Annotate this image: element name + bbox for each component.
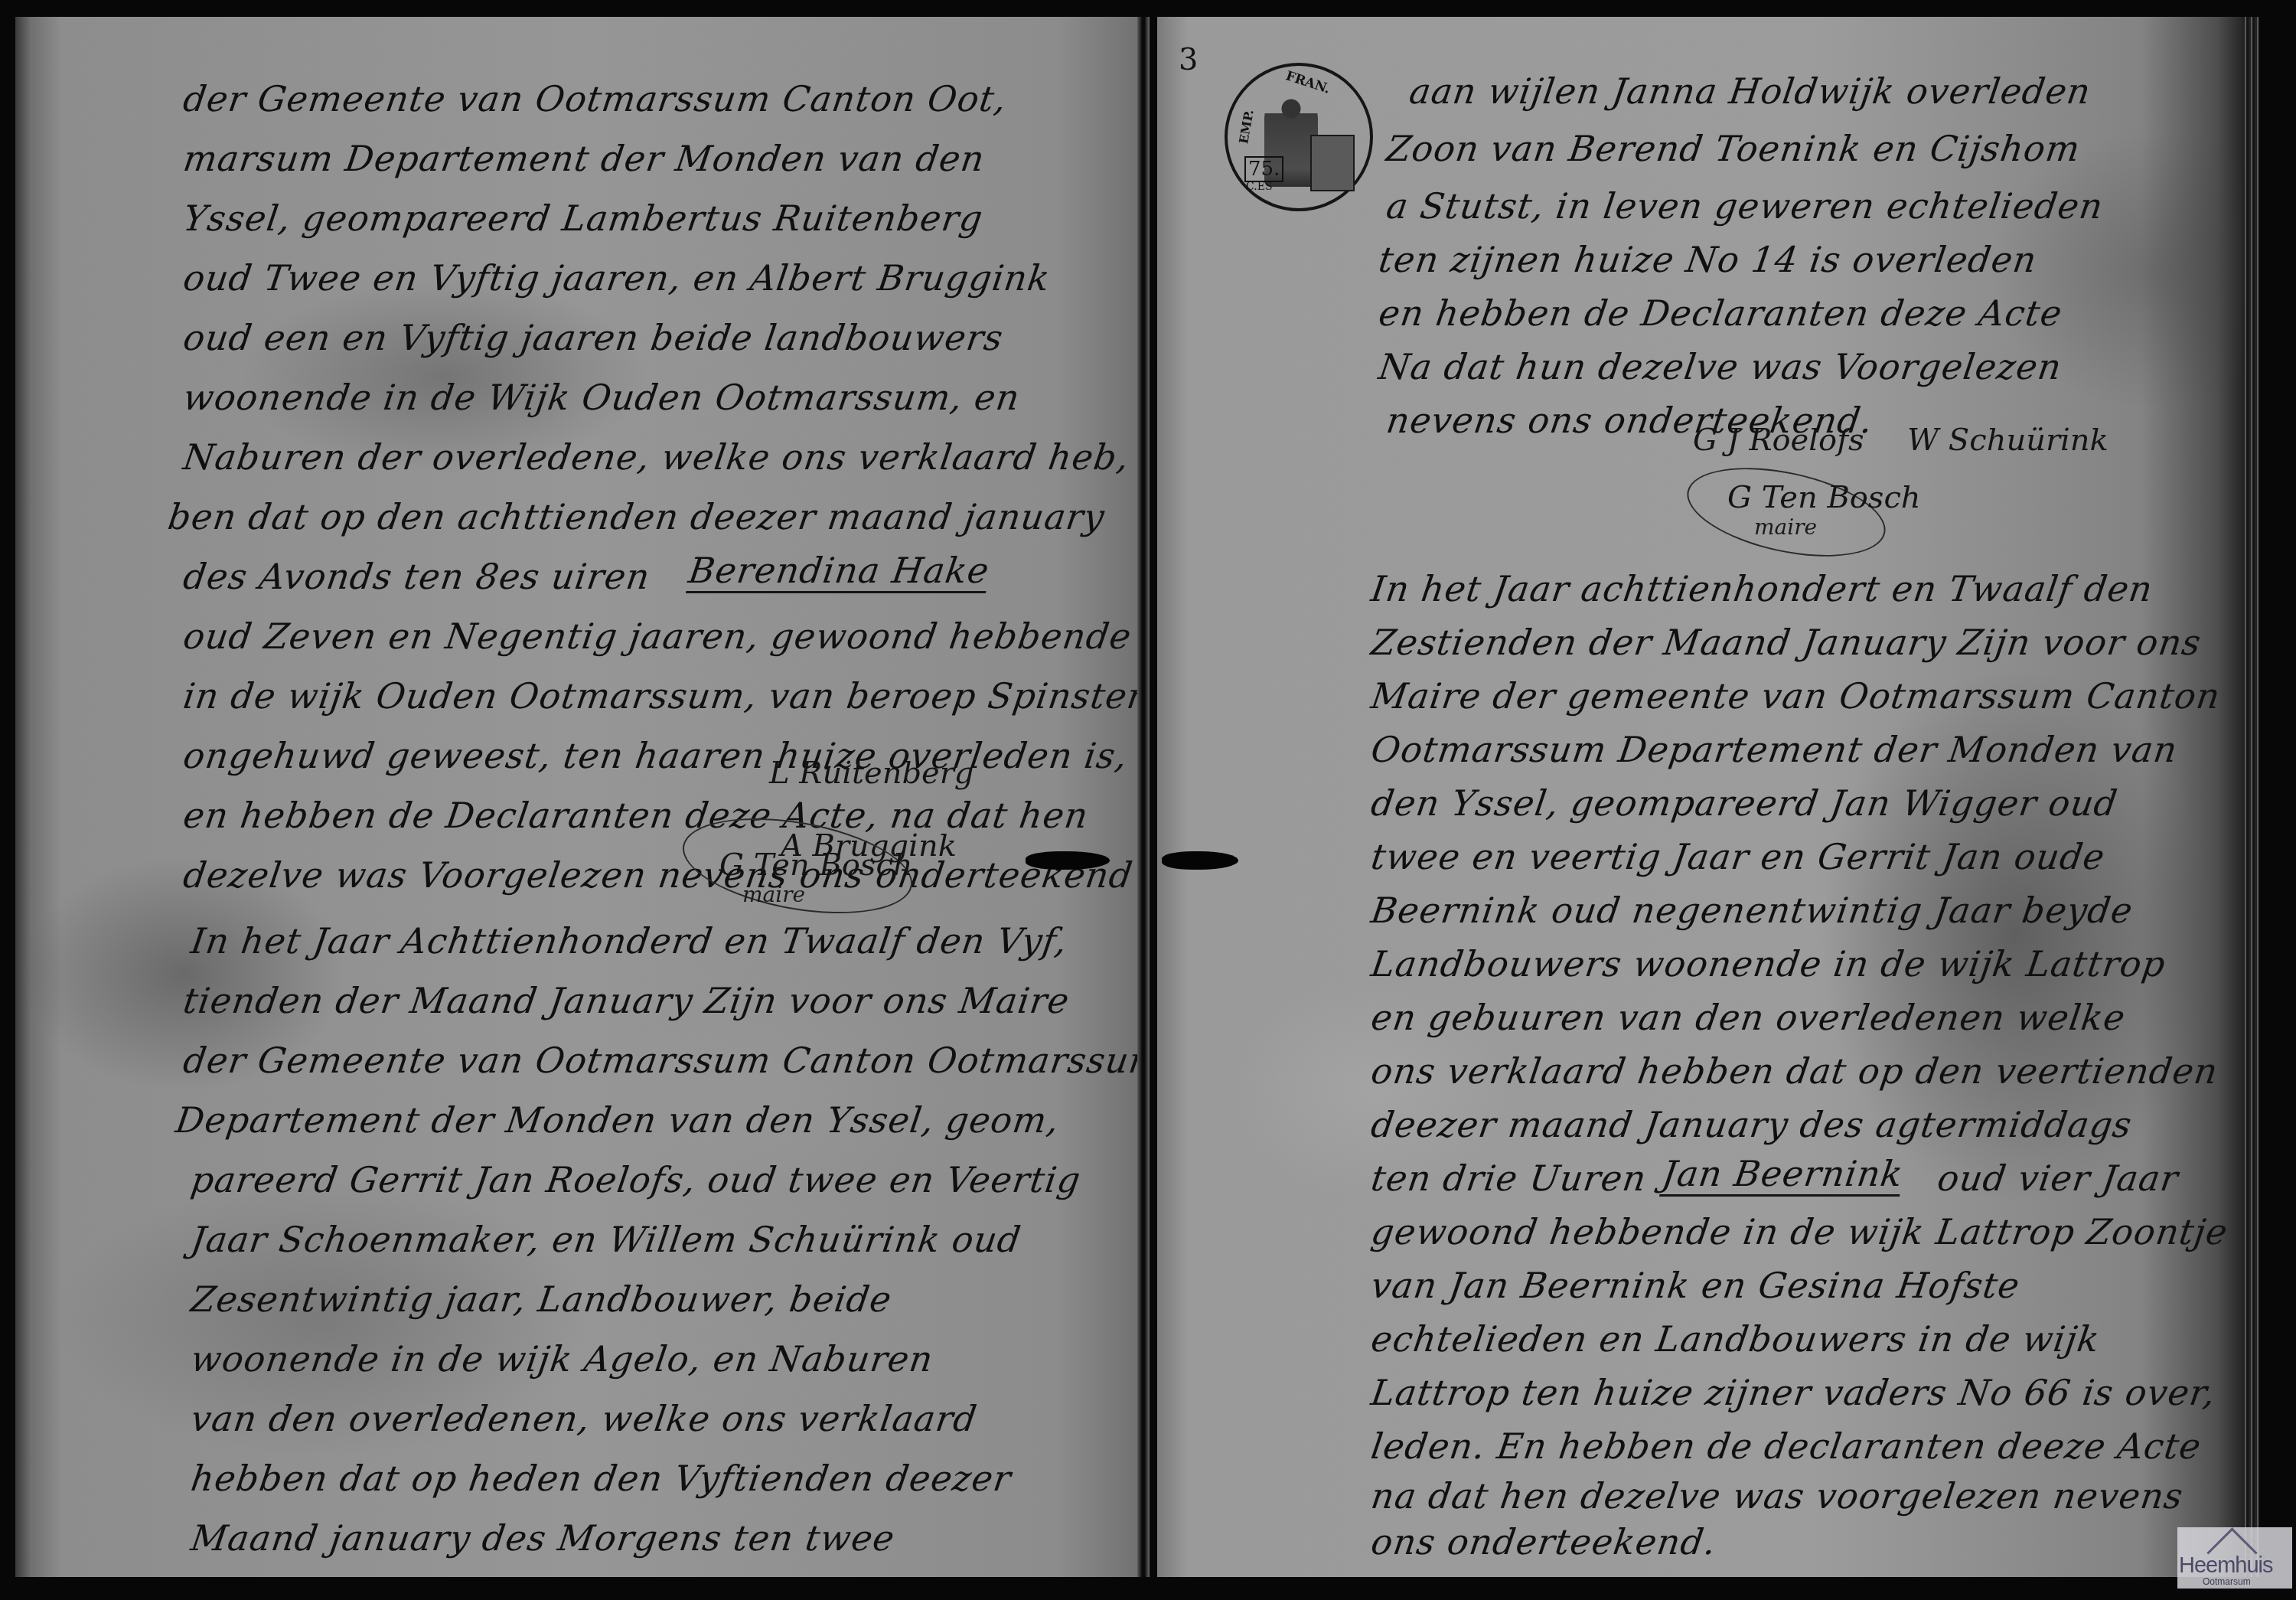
text-line: hebben dat op heden den Vyftienden deeze… xyxy=(188,1458,1014,1499)
watermark-place: Ootmarsum xyxy=(2203,1576,2251,1587)
text-line: tienden der Maand January Zijn voor ons … xyxy=(181,980,1072,1021)
text-line: des Avonds ten 8es uiren xyxy=(181,556,653,597)
text-line: Yssel, geompareerd Lambertus Ruitenberg xyxy=(181,198,986,239)
text-line: Departement der Monden van den Yssel, ge… xyxy=(173,1099,1062,1141)
text-line: Maire der gemeente van Ootmarssum Canton xyxy=(1368,675,2223,717)
text-line: Zestienden der Maand January Zijn voor o… xyxy=(1368,622,2204,663)
text-line: oud Zeven en Negentig jaaren, gewoond he… xyxy=(181,616,1134,657)
text-line: oud een en Vyftig jaaren beide landbouwe… xyxy=(181,317,1006,358)
text-line: Jaar Schoenmaker, en Willem Schuürink ou… xyxy=(188,1219,1024,1260)
text-line: echtelieden en Landbouwers in de wijk xyxy=(1368,1318,2102,1360)
text-line: na dat hen dezelve was voorgelezen neven… xyxy=(1368,1475,2186,1517)
text-line: leden. En hebben de declaranten deeze Ac… xyxy=(1368,1425,2204,1467)
wax-seal-left xyxy=(1026,851,1110,870)
signature-declarant-1: G J Roelofs xyxy=(1693,423,1864,458)
text-line: gewoond hebbende in de wijk Lattrop Zoon… xyxy=(1368,1211,2230,1252)
text-line: In het Jaar achttienhondert en Twaalf de… xyxy=(1368,568,2155,609)
signature-declarant-1: L Ruitenberg xyxy=(769,756,974,791)
text-line: oud vier Jaar xyxy=(1935,1158,2181,1199)
text-line: woonende in de Wijk Ouden Ootmarssum, en xyxy=(181,377,1022,418)
text-line: en gebuuren van den overledenen welke xyxy=(1368,997,2128,1038)
text-line: en hebben de Declaranten deze Acte xyxy=(1376,292,2065,334)
signature-maire: G Ten Bosch xyxy=(719,847,913,883)
left-page: der Gemeente van Ootmarssum Canton Oot, … xyxy=(15,17,1148,1577)
text-line: Na dat hun dezelve was Voorgelezen xyxy=(1376,346,2064,387)
text-line: aan wijlen Janna Holdwijk overleden xyxy=(1407,70,2093,112)
book-gutter xyxy=(1137,17,1150,1577)
text-line: Zoon van Berend Toenink en Cijshom xyxy=(1384,128,2082,169)
signature-maire: G Ten Bosch xyxy=(1727,480,1921,515)
text-line: marsum Departement der Monden van den xyxy=(181,138,987,179)
signature-declarant-2: W Schuürink xyxy=(1907,423,2108,458)
text-line: der Gemeente van Ootmarssum Canton Oot, xyxy=(181,78,1009,119)
deceased-name: Berendina Hake xyxy=(686,550,992,593)
text-line: ben dat op den achttienden deezer maand … xyxy=(165,496,1107,537)
tax-stamp: FRAN. EMP. 75. C.ES xyxy=(1225,63,1373,211)
text-line: in de wijk Ouden Ootmarssum, van beroep … xyxy=(181,675,1147,717)
text-line: Zesentwintig jaar, Landbouwer, beide xyxy=(188,1278,895,1320)
right-page: aan wijlen Janna Holdwijk overleden Zoon… xyxy=(1157,17,2250,1577)
text-line: deezer maand January des agtermiddags xyxy=(1368,1104,2135,1145)
text-line: van Jan Beernink en Gesina Hofste xyxy=(1368,1265,2023,1306)
text-line: ongehuwd geweest, ten haaren huize overl… xyxy=(181,735,1130,776)
text-line: oud Twee en Vyftig jaaren, en Albert Bru… xyxy=(181,257,1052,299)
text-line: den Yssel, geompareerd Jan Wigger oud xyxy=(1368,782,2120,824)
text-line: dezelve was Voorgelezen nevens ons onder… xyxy=(181,854,1136,896)
watermark-brand: Heemhuis xyxy=(2179,1553,2273,1579)
text-line: pareerd Gerrit Jan Roelofs, oud twee en … xyxy=(188,1159,1084,1200)
text-line: van den overledenen, welke ons verklaard xyxy=(188,1398,980,1439)
eagle-shield-icon xyxy=(1310,135,1355,191)
maire-title: maire xyxy=(1754,514,1817,540)
text-line: Beernink oud negenentwintig Jaar beyde xyxy=(1368,890,2135,931)
deceased-name: Jan Beernink xyxy=(1659,1153,1906,1197)
stamp-top-text: FRAN. xyxy=(1283,68,1332,96)
text-line: Lattrop ten huize zijner vaders No 66 is… xyxy=(1368,1372,2218,1413)
text-line: ons onderteekend. xyxy=(1368,1521,1719,1562)
text-line: Naburen der overledene, welke ons verkla… xyxy=(181,436,1132,478)
text-line: Maand january des Morgens ten twee xyxy=(188,1517,898,1559)
stamp-value: 75. xyxy=(1244,156,1283,182)
wax-seal-right xyxy=(1162,851,1238,870)
text-line: der Gemeente van Ootmarssum Canton Ootma… xyxy=(181,1040,1148,1081)
maire-title: maire xyxy=(742,882,805,907)
heemhuis-watermark: Heemhuis Ootmarsum xyxy=(2177,1527,2292,1589)
page-edge-stack xyxy=(2242,17,2259,1577)
text-line: ons verklaard hebben dat op den veertien… xyxy=(1368,1050,2220,1092)
text-line: twee en veertig Jaar en Gerrit Jan oude xyxy=(1368,836,2108,877)
stamp-side-text: EMP. xyxy=(1236,109,1257,145)
text-line: In het Jaar Achttienhonderd en Twaalf de… xyxy=(188,920,1070,962)
text-line: a Stutst, in leven geweren echtelieden xyxy=(1384,185,2105,227)
text-line: ten drie Uuren xyxy=(1368,1158,1649,1199)
document-viewer: der Gemeente van Ootmarssum Canton Oot, … xyxy=(0,0,2296,1600)
text-line: Landbouwers woonende in de wijk Lattrop xyxy=(1368,943,2168,984)
text-line: woonende in de wijk Agelo, en Naburen xyxy=(188,1338,936,1380)
stamp-unit: C.ES xyxy=(1246,181,1272,193)
folio-number: 3 xyxy=(1179,42,1198,77)
text-line: ten zijnen huize No 14 is overleden xyxy=(1376,239,2040,280)
text-line: Ootmarssum Departement der Monden van xyxy=(1368,729,2180,770)
